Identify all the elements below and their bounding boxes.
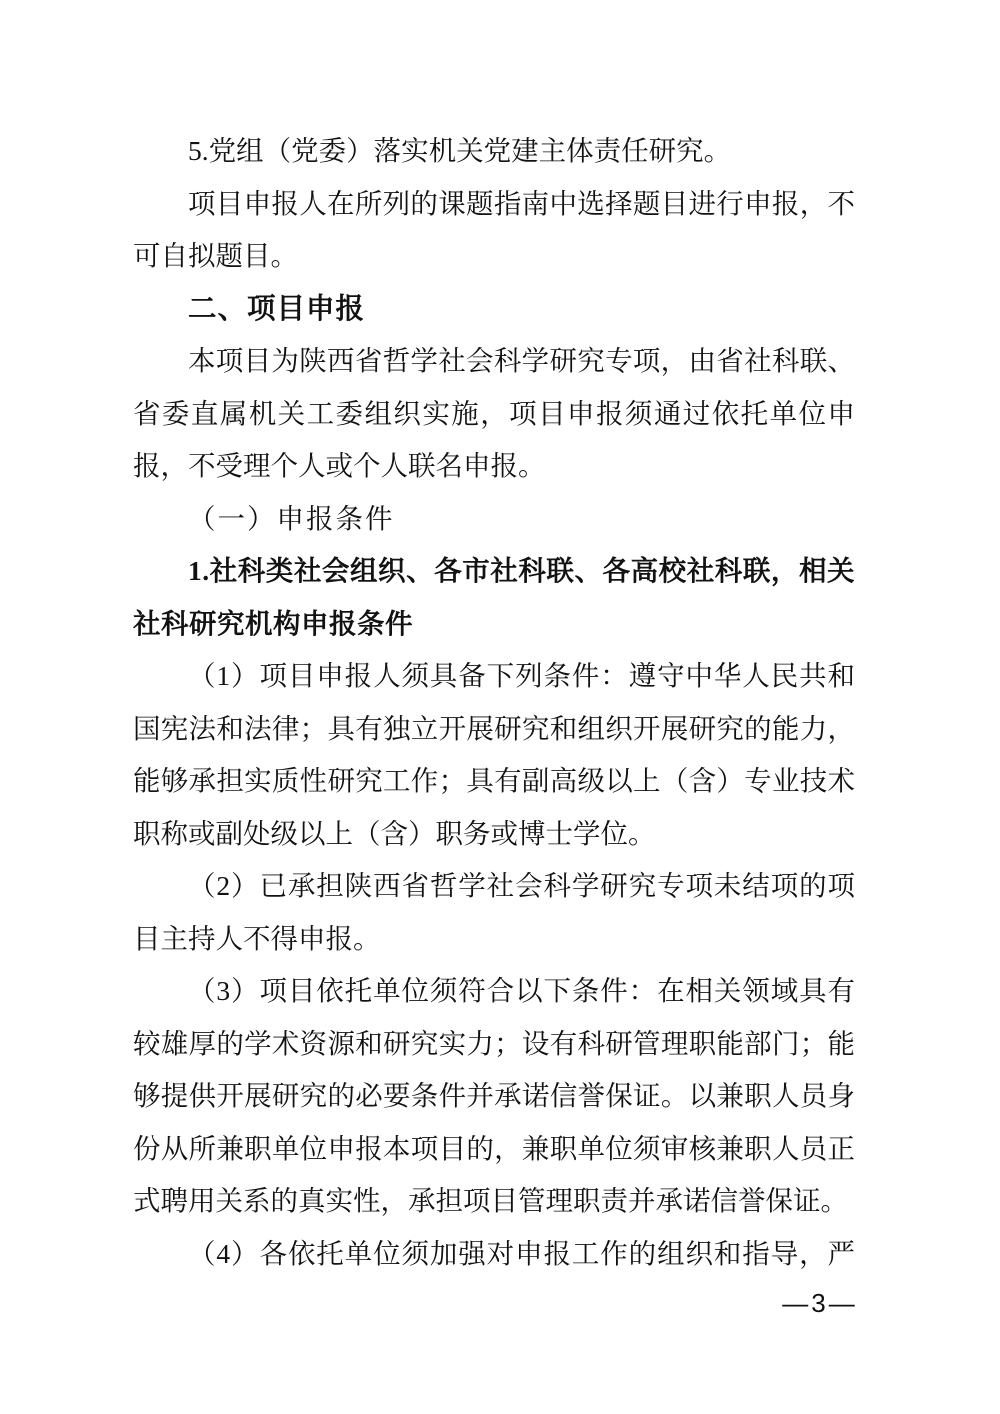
text-line: （4）各依托单位须加强对申报工作的组织和指导，严 <box>133 1228 855 1281</box>
text-line: 报，不受理个人或个人联名申报。 <box>133 440 855 493</box>
text-line: （1）项目申报人须具备下列条件：遵守中华人民共和 <box>133 650 855 703</box>
text-line: 二、项目申报 <box>133 283 855 336</box>
text-line: 本项目为陕西省哲学社会科学研究专项，由省社科联、 <box>133 335 855 388</box>
text-line: 项目申报人在所列的课题指南中选择题目进行申报，不 <box>133 178 855 231</box>
document-body: 5.党组（党委）落实机关党建主体责任研究。项目申报人在所列的课题指南中选择题目进… <box>133 125 855 1280</box>
text-line: 职称或副处级以上（含）职务或博士学位。 <box>133 808 855 861</box>
text-line: 省委直属机关工委组织实施，项目申报须通过依托单位申 <box>133 388 855 441</box>
text-line: （一）申报条件 <box>133 493 855 546</box>
text-line: 社科研究机构申报条件 <box>133 598 855 651</box>
text-line: （2）已承担陕西省哲学社会科学研究专项未结项的项 <box>133 860 855 913</box>
text-line: 5.党组（党委）落实机关党建主体责任研究。 <box>133 125 855 178</box>
text-line: 可自拟题目。 <box>133 230 855 283</box>
text-line: 1.社科类社会组织、各市社科联、各高校社科联，相关 <box>133 545 855 598</box>
text-line: （3）项目依托单位须符合以下条件：在相关领域具有 <box>133 965 855 1018</box>
text-line: 份从所兼职单位申报本项目的，兼职单位须审核兼职人员正 <box>133 1123 855 1176</box>
text-line: 够提供开展研究的必要条件并承诺信誉保证。以兼职人员身 <box>133 1070 855 1123</box>
text-line: 较雄厚的学术资源和研究实力；设有科研管理职能部门；能 <box>133 1018 855 1071</box>
text-line: 能够承担实质性研究工作；具有副高级以上（含）专业技术 <box>133 755 855 808</box>
page-number: —3— <box>780 1288 860 1319</box>
text-line: 目主持人不得申报。 <box>133 913 855 966</box>
document-page: 5.党组（党委）落实机关党建主体责任研究。项目申报人在所列的课题指南中选择题目进… <box>0 0 1000 1414</box>
text-line: 式聘用关系的真实性，承担项目管理职责并承诺信誉保证。 <box>133 1175 855 1228</box>
text-line: 国宪法和法律；具有独立开展研究和组织开展研究的能力， <box>133 703 855 756</box>
